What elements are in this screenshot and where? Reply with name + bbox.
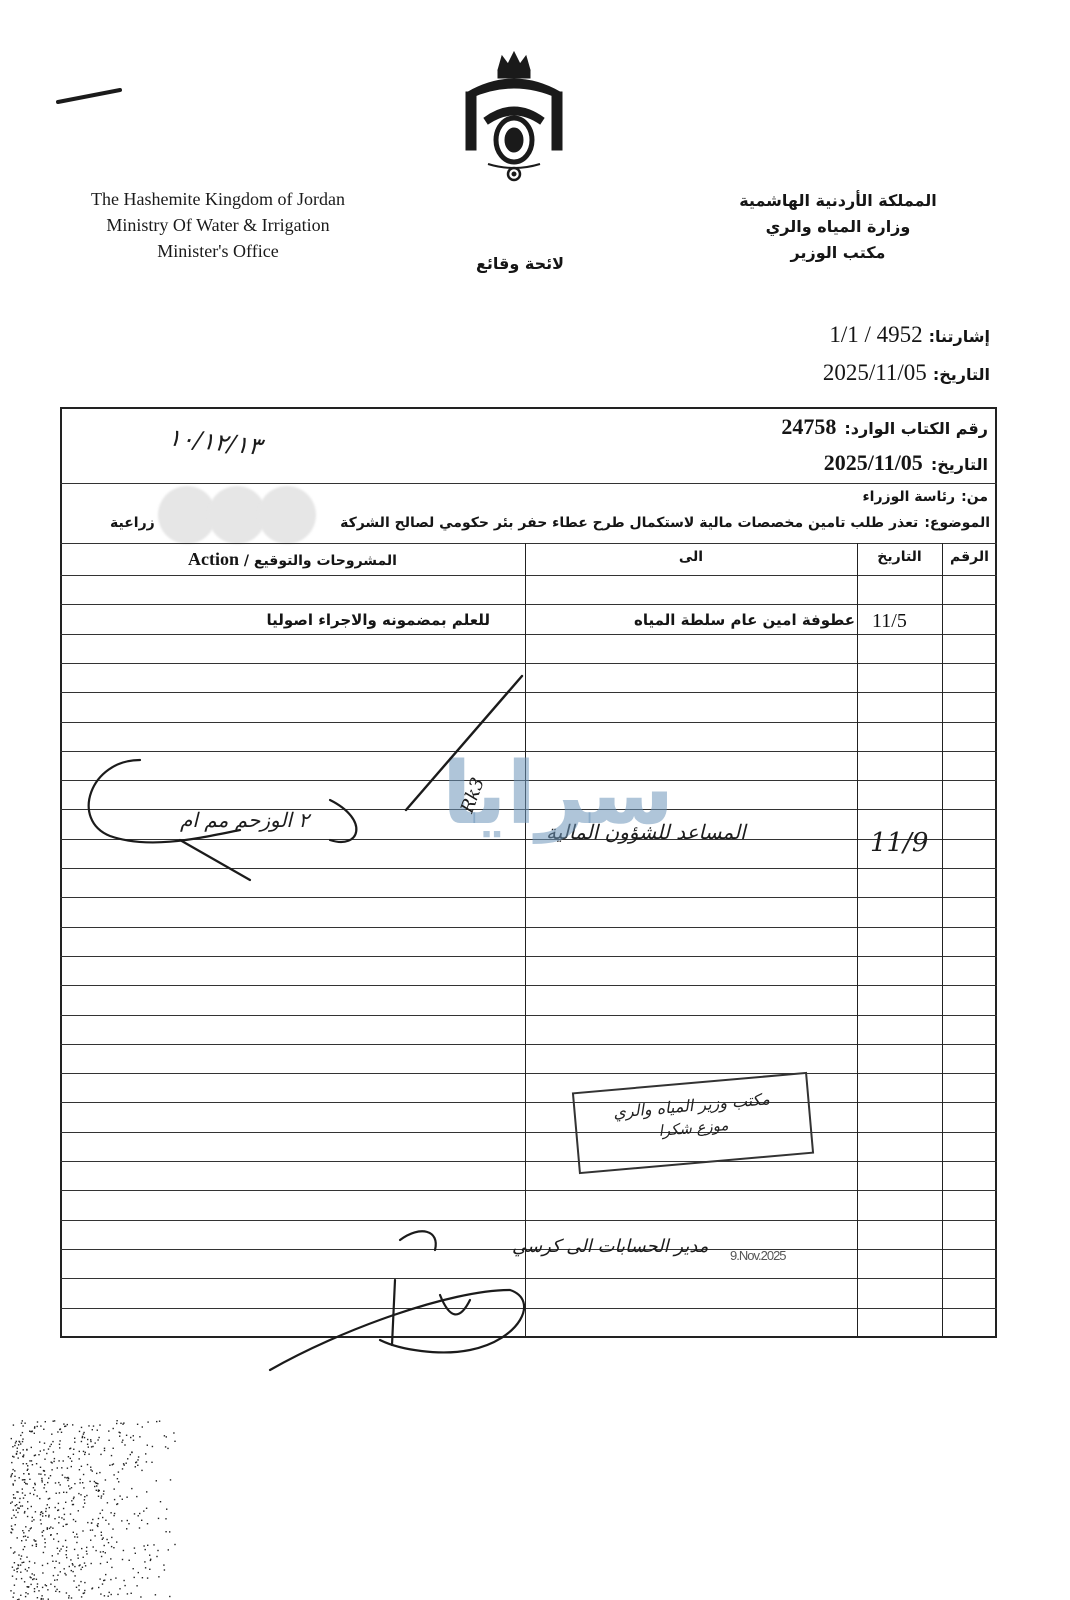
row2-date-handwritten: 11/9 bbox=[870, 828, 928, 858]
row2-action-handwritten: ٢ الوزحم مم ام bbox=[180, 808, 309, 832]
row1-recipient: عطوفة امين عام سلطة المياه bbox=[634, 611, 855, 629]
column-header-action-en: Action bbox=[188, 549, 239, 569]
date-line: التاريخ: 2025/11/05 bbox=[823, 360, 990, 386]
incoming-number-label: رقم الكتاب الوارد: bbox=[844, 419, 988, 438]
header-kingdom-en: The Hashemite Kingdom of Jordan bbox=[60, 186, 376, 212]
column-header-to: الى bbox=[525, 549, 857, 565]
date-value: 2025/11/05 bbox=[823, 360, 927, 386]
subject-tail: زراعية bbox=[110, 515, 155, 531]
incoming-date-label: التاريخ: bbox=[931, 455, 988, 474]
column-divider bbox=[857, 543, 858, 1338]
news-watermark-logo: سرايا bbox=[442, 744, 674, 844]
date-label: التاريخ: bbox=[933, 365, 990, 384]
scan-noise bbox=[10, 1420, 176, 1600]
document-type-label: لائحة وقائع bbox=[440, 254, 600, 273]
subject-label: الموضوع: bbox=[924, 515, 990, 531]
top-left-pen-mark bbox=[58, 90, 120, 102]
header-office-ar: مكتب الوزير bbox=[718, 240, 958, 266]
coat-of-arms-icon bbox=[458, 48, 570, 188]
column-header-action-ar: المشروحات والتوقيع / bbox=[244, 553, 397, 569]
column-divider bbox=[525, 543, 526, 1338]
incoming-date-line: التاريخ: 2025/11/05 bbox=[824, 450, 988, 476]
subject-value: تعذر طلب تامين مخصصات مالية لاستكمال طرح… bbox=[340, 515, 918, 531]
reference-line: إشارتنا: 1/1 / 4952 bbox=[829, 322, 990, 348]
from-label: من: bbox=[961, 489, 988, 505]
date-stamp: 9.Nov.2025 bbox=[730, 1248, 786, 1263]
header-ministry-en: Ministry Of Water & Irrigation bbox=[60, 212, 376, 238]
reference-label: إشارتنا: bbox=[929, 327, 990, 346]
column-divider bbox=[942, 543, 943, 1338]
incoming-number-value: 24758 bbox=[781, 414, 836, 440]
from-value: رئاسة الوزراء bbox=[863, 489, 956, 505]
column-header-number: الرقم bbox=[942, 549, 997, 565]
redaction-blur bbox=[158, 486, 318, 542]
incoming-number-line: رقم الكتاب الوارد: 24758 bbox=[781, 414, 988, 440]
header-kingdom-ar: المملكة الأردنية الهاشمية bbox=[718, 188, 958, 214]
bottom-handwritten-note: مدير الحسابات الى كرسي bbox=[512, 1236, 708, 1257]
incoming-date-value: 2025/11/05 bbox=[824, 450, 923, 476]
subject-line: الموضوع: تعذر طلب تامين مخصصات مالية لاس… bbox=[340, 515, 990, 531]
column-header-date: التاريخ bbox=[857, 549, 942, 565]
header-arabic: المملكة الأردنية الهاشمية وزارة المياه و… bbox=[718, 188, 958, 266]
table-rule bbox=[60, 483, 997, 484]
header-english: The Hashemite Kingdom of Jordan Ministry… bbox=[60, 186, 376, 264]
header-office-en: Minister's Office bbox=[60, 238, 376, 264]
row1-action: للعلم بمضمونه والاجراء اصوليا bbox=[267, 611, 490, 629]
column-header-action: المشروحات والتوقيع / Action bbox=[60, 549, 525, 570]
row1-date: 11/5 bbox=[872, 610, 907, 633]
reference-value: 1/1 / 4952 bbox=[829, 322, 922, 348]
from-line: من: رئاسة الوزراء bbox=[863, 489, 989, 505]
header-ministry-ar: وزارة المياه والري bbox=[718, 214, 958, 240]
